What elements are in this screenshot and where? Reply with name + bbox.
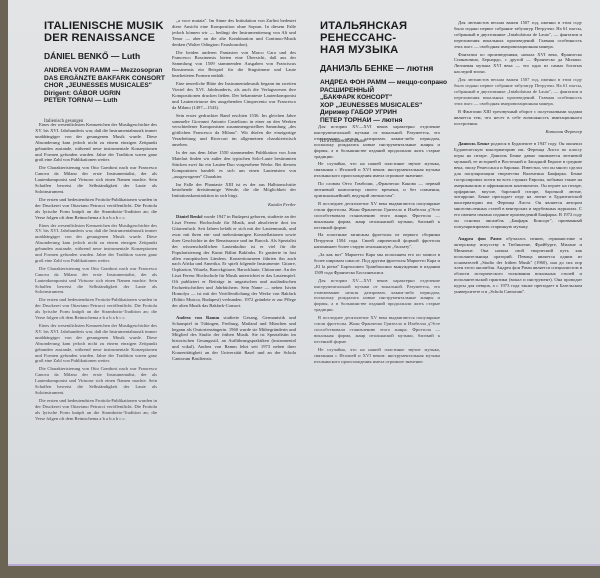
russian-credit: АНДРЕА ФОН РАММ — меццо-сопрано	[320, 79, 460, 87]
german-title-line2: DER RENAISSANCE	[44, 32, 174, 44]
german-essay-author: Katalin Fertler	[172, 202, 296, 208]
german-credit: CHOR „JEUNESSES MUSICALES"	[44, 82, 174, 90]
paragraph: Для истории XV—XVI веков характерно отде…	[314, 278, 440, 313]
record-sleeve-back: ITALIENISCHE MUSIK DER RENAISSANCE DÁNIE…	[8, 0, 600, 564]
german-column-1: Eines der wesentlichsten Kennzeichen der…	[35, 122, 157, 522]
paragraph: Die Charakterisierung von Otto Gombosi n…	[35, 366, 157, 396]
russian-credit: РАСШИРЕННЫЙ	[320, 87, 460, 95]
paragraph: Для лютнистов весьма важен 1507 год, име…	[454, 77, 582, 107]
german-lead-artist: DÁNIEL BENKŐ — Luth	[44, 51, 174, 61]
paragraph: Die ersten und bedeutendsten Frottola-Pu…	[35, 398, 157, 422]
russian-column-3: Для истории XV—XVI веков характерно отде…	[314, 124, 440, 532]
paragraph: Для лютнистов весьма важен 1507 год, име…	[454, 20, 582, 50]
paragraph: В последнее десятилетие XV века выдвигаю…	[314, 201, 440, 231]
paragraph: На пластинке записаны фроттолы из первог…	[314, 232, 440, 250]
paragraph: In der aus dem Jahre 1550 stammenden Pub…	[172, 150, 296, 180]
german-header: ITALIENISCHE MUSIK DER RENAISSANCE DÁNIE…	[44, 20, 174, 125]
russian-credit: ХОР „JEUNESSES MUSICALES"	[320, 102, 460, 110]
german-title-line1: ITALIENISCHE MUSIK	[44, 20, 174, 32]
paragraph: „a voce mutata". Im Sinne des Intitulati…	[172, 18, 296, 48]
bio-text: studierte Gesang, Germanistik und Schaus…	[172, 315, 296, 361]
paragraph: Die Charakterisierung von Otto Gombosi n…	[35, 266, 157, 296]
paragraph: Eines der wesentlichsten Kennzeichen der…	[35, 122, 157, 163]
bio-text: wurde 1947 in Budapest geboren, studiert…	[172, 214, 296, 308]
russian-column-4: Для лютнистов весьма важен 1507 год, име…	[454, 20, 582, 460]
paragraph: Eines der wesentlichsten Kennzeichen der…	[35, 323, 157, 364]
bio-text: родился в Будапеште в 1947 году. Он окон…	[454, 141, 582, 229]
paragraph: Die beiden anderen Fantasien von Marco C…	[172, 50, 296, 80]
paragraph: В Фантазии XIII трехзвучный оборот с пол…	[454, 109, 582, 127]
german-column-2: „a voce mutata". Im Sinne des Intitulati…	[172, 18, 296, 478]
bio-text: обучалась пению, германистике и актерско…	[454, 236, 582, 294]
paragraph: Eine neuerliche Blüte der Instrumentalmu…	[172, 81, 296, 111]
russian-credit: Дирижер ГАБОР УГРИН	[320, 109, 460, 117]
paragraph: Die ersten und bedeutendsten Frottola-Pu…	[35, 297, 157, 321]
paragraph: Die Charakterisierung von Otto Gombosi n…	[35, 165, 157, 195]
russian-title-line2: НАЯ МУЗЫКА	[320, 44, 460, 56]
bio-name: Dániel Benkő	[176, 214, 203, 219]
paragraph: В последнее десятилетие XV века выдвигаю…	[314, 315, 440, 345]
russian-lead-artist: ДАНИЭЛЬ БЕНКЕ — лютня	[320, 63, 460, 73]
paragraph: Sein erster gedruckter Band erschien 153…	[172, 113, 296, 148]
paragraph: Im Falle der Phantasie XIII ist es der a…	[172, 182, 296, 200]
paragraph: По словам Отто Гомбоши, „Франческо Канов…	[314, 181, 440, 199]
paragraph: Eines der wesentlichsten Kennzeichen der…	[35, 223, 157, 264]
bio-name: Даниэль Бенке	[458, 141, 489, 146]
russian-credit: „БАКФАРК КОНСОРТ"	[320, 94, 460, 102]
paragraph: Для истории XV—XVI веков характерно отде…	[314, 124, 440, 159]
german-credit: PETER TORNAI — Luth	[44, 97, 174, 105]
paragraph: Не случайно, что на нашей пластинке звуч…	[314, 161, 440, 179]
paragraph: Die ersten und bedeutendsten Frottola-Pu…	[35, 197, 157, 221]
paragraph: Не случайно, что на нашей пластинке звуч…	[314, 347, 440, 365]
german-credit: Dirigent: GÁBOR UGRIN	[44, 90, 174, 98]
russian-essay-author: Каталин Фертлер	[454, 129, 582, 135]
paragraph: „За как вот" Маркетто Кара мы исполняем …	[314, 252, 440, 276]
bio-name: Andrea von Ramm	[176, 315, 219, 320]
bio-name: Андреа фон Рамм	[458, 236, 502, 241]
russian-title-line1: ИТАЛЬЯНСКАЯ РЕНЕССАНС-	[320, 20, 460, 44]
german-credit: DAS ERGÄNZTE BAKFARK CONSORT	[44, 75, 174, 83]
paragraph: Фантазии по произведениям, начала XVI ве…	[454, 52, 582, 76]
german-credit: ANDREA VON RAMM — Mezzosopran	[44, 67, 174, 75]
